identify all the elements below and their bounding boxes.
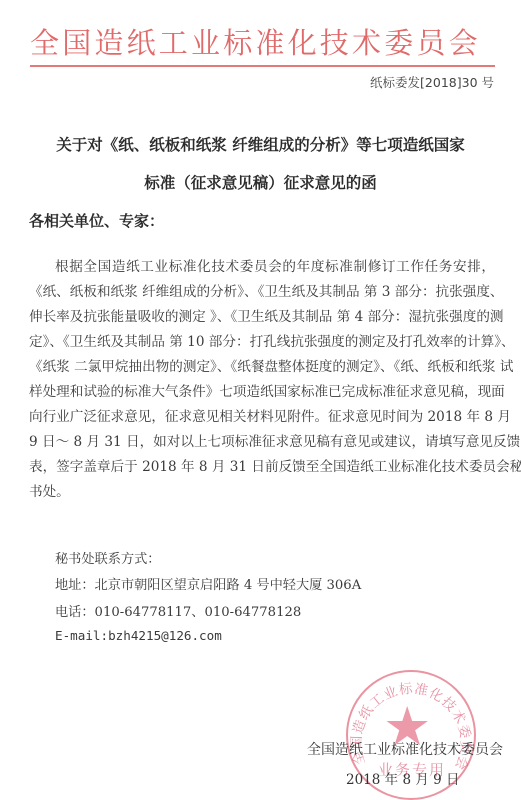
body-line: 表，签字盖章后于 2018 年 8 月 31 日前反馈至全国造纸工业标准化技术委… (29, 455, 495, 480)
body-line: 《纸、纸板和纸浆 纤维组成的分析》、《卫生纸及其制品 第 3 部分：抗张强度、 (29, 280, 495, 305)
letterhead-organization: 全国造纸工业标准化技术委员会 (30, 26, 496, 60)
body-line: 《纸浆 二氯甲烷抽出物的测定》、《纸餐盘整体挺度的测定》、《纸、纸板和纸浆 试 (29, 355, 495, 380)
signature-organization: 全国造纸工业标准化技术委员会 (307, 739, 503, 759)
salutation: 各相关单位、专家： (29, 210, 164, 231)
body-line: 根据全国造纸工业标准化技术委员会的年度标准制修订工作任务安排， (55, 255, 495, 280)
contact-heading: 秘书处联系方式： (55, 548, 161, 567)
contact-phone: 电话：010-64778117、010-64778128 (55, 601, 301, 620)
body-line: 伸长率及抗张能量吸收的测定 》、《卫生纸及其制品 第 4 部分：湿抗张强度的测 (29, 305, 495, 330)
contact-address: 地址：北京市朝阳区望京启阳路 4 号中轻大厦 306A (55, 574, 361, 593)
body-line: 书处。 (29, 480, 495, 505)
body-line: 向行业广泛征求意见，征求意见相关材料见附件。征求意见时间为 2018 年 8 月 (29, 405, 495, 430)
body-line: 样处理和试验的标准大气条件》七项造纸国家标准已完成标准征求意见稿，现面 (29, 380, 495, 405)
signature-date: 2018 年 8 月 9 日 (346, 768, 460, 788)
document-number: 纸标委发[2018]30 号 (370, 75, 494, 91)
body-line: 9 日～ 8 月 31 日，如对以上七项标准征求意见稿有意见或建议，请填写意见反… (29, 430, 495, 455)
contact-email: E-mail:bzh4215@126.com (55, 628, 222, 643)
body-line: 定》、《卫生纸及其制品 第 10 部分：打孔线抗张强度的测定及打孔效率的计算》、 (29, 330, 495, 355)
letterhead-divider (30, 65, 495, 67)
subject-line-2: 标准（征求意见稿）征求意见的函 (0, 171, 521, 193)
subject-line-1: 关于对《纸、纸板和纸浆 纤维组成的分析》等七项造纸国家 (0, 133, 521, 155)
